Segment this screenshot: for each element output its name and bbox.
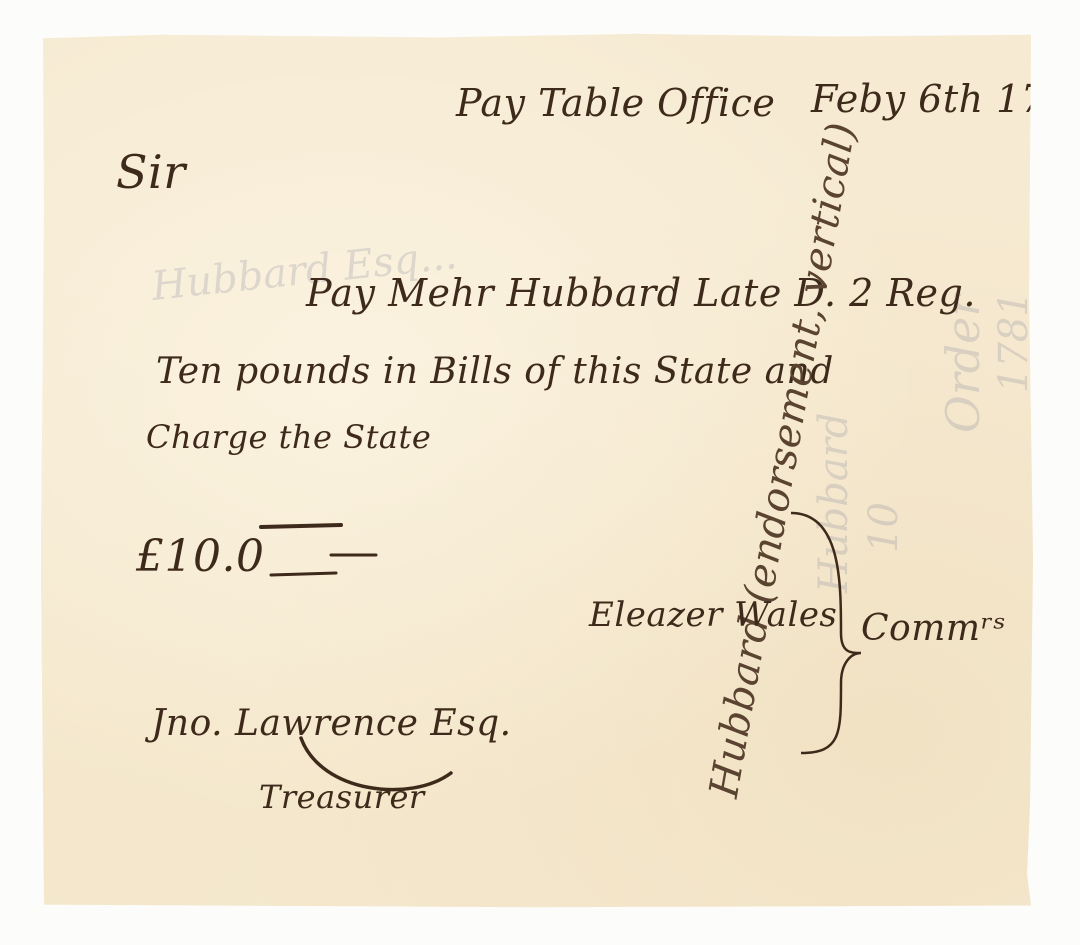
body-line-3: Charge the State <box>146 418 431 456</box>
heading-place: Pay Table Office <box>456 81 775 125</box>
bleed-through-column-4: 1781 <box>991 291 1037 393</box>
bleed-through-column-2: 10 <box>861 502 907 553</box>
amount: £10.0 <box>136 531 264 582</box>
heading-date: Feby 6th 1781 <box>811 77 1080 121</box>
addressee-title: Treasurer <box>259 778 425 816</box>
signer-name: Eleazer Wales <box>589 595 837 635</box>
addressee-name: Jno. Lawrence Esq. <box>151 703 512 744</box>
paper-sheet: Hubbard Esq... Order 10 Hubbard 1781 Pay… <box>41 33 1035 909</box>
body-line-2: Ten pounds in Bills of this State and <box>156 351 834 392</box>
crossing-signature: Hubbard (endorsement, vertical) <box>701 119 865 801</box>
scanned-document: Hubbard Esq... Order 10 Hubbard 1781 Pay… <box>0 0 1080 945</box>
amount-underline-flourish <box>241 513 541 593</box>
salutation: Sir <box>116 145 186 199</box>
bleed-through-column-3: Hubbard <box>811 413 857 593</box>
bleed-through-column-1: Order <box>936 295 990 433</box>
signer-title: Commʳˢ <box>861 608 1006 649</box>
body-line-1: Pay Mehr Hubbard Late D. 2 Reg. <box>306 271 976 315</box>
